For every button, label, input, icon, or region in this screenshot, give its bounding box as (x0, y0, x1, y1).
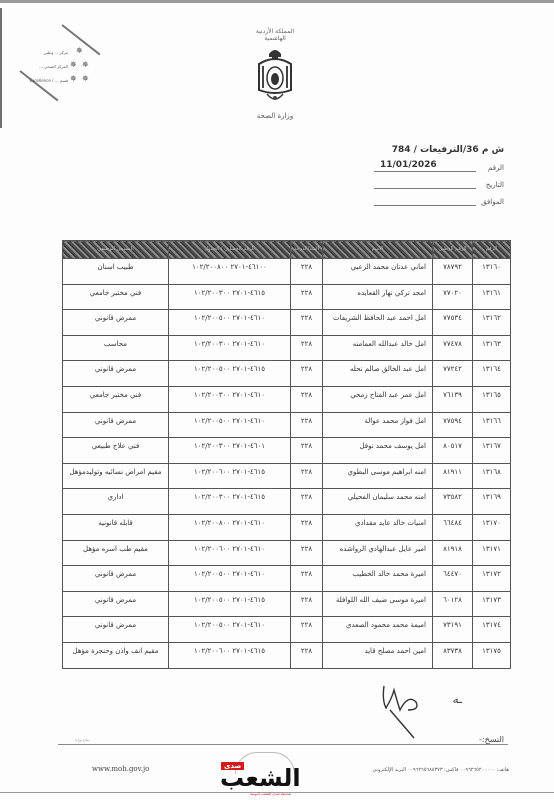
cell-name: امل يوسف محمد نوفل (323, 438, 433, 464)
reference-number: ش م 36/الترفيعات / 784 (374, 145, 504, 155)
document-page: ✵ ✵ ✵ ✵ ✵ مركز ... وطني المركز الصحي ...… (0, 0, 554, 800)
cell-name: امجد تركي نهار القعايده (323, 284, 433, 310)
cell-national-id: ٧٧٢٤٢ (433, 361, 473, 387)
header-title: المسمى الوظيفي (63, 241, 169, 259)
ref-field-label: الرقم (476, 164, 504, 172)
table-row: ١٣١٦٦٧٧٥٩٤امل فواز محمد عوالة٢٢٨٤٦١٠-٢٧٠… (63, 412, 511, 438)
cell-grade: ٢٢٨ (291, 463, 323, 489)
scan-edge (0, 0, 554, 3)
promotions-table: الرقم الرقم الوطني الاسم الفئة/الدرجة ال… (62, 240, 510, 669)
cell-grade: ٢٢٨ (291, 386, 323, 412)
ministry-crest: المملكة الأردنية الهاشمية وزارة الصحة (250, 28, 300, 132)
cell-grade: ٢٢٨ (291, 259, 323, 285)
table-row: ١٣١٧٣٦٠١٢٨اميرة موسى ضيف الله اللوافلة٢٢… (63, 591, 511, 617)
cell-name: امل احمد عبد الحافظ الشريفات (323, 310, 433, 336)
scan-edge (0, 8, 2, 128)
ref-field-label: الموافق (476, 198, 504, 206)
logo-text: المركز الصحي ... (39, 64, 68, 69)
cell-national-id: ٧٣٥٨٢ (433, 489, 473, 515)
cell-grade: ٢٢٨ (291, 438, 323, 464)
cell-national-id: ٨٣٧٣٨ (433, 642, 473, 668)
cell-account: ٤٦١٠-٢٧٠١ ١٠٢/٢٠٠٨٠٠ (169, 514, 291, 540)
cell-job-title: اداري (63, 489, 169, 515)
cell-seq: ١٣١٧١ (473, 540, 511, 566)
cell-account: ٤٦١٠-٢٧٠١ ١٠٢/٢٠٠٥٠٠ (169, 617, 291, 643)
cell-account: ٤٦١٥-٢٧٠١ ١٠٢/٢٠٠٦٠٠ (169, 463, 291, 489)
cell-job-title: ممرض قانوني (63, 566, 169, 592)
cell-grade: ٢٢٨ (291, 540, 323, 566)
ref-field-date-value: 11/01/2026 (380, 160, 437, 170)
cell-name: اميرة محمد خالد الخطيب (323, 566, 433, 592)
cell-national-id: ٨١٩١٨ (433, 540, 473, 566)
cell-national-id: ٦٠١٢٨ (433, 591, 473, 617)
cell-name: اميرة موسى ضيف الله اللوافلة (323, 591, 433, 617)
cell-name: اماني عدنان محمد الزعبي (323, 259, 433, 285)
table-row: ١٣١٧٢٦٤٤٧٠اميرة محمد خالد الخطيب٢٢٨٤٦١٠-… (63, 566, 511, 592)
cell-national-id: ٧٧٥٣٤ (433, 310, 473, 336)
cell-name: امين احمد مصلح قايد (323, 642, 433, 668)
watermark-subtitle: صحيفة صدى الشعب اليومية (250, 792, 291, 796)
cell-seq: ١٣١٦٥ (473, 386, 511, 412)
table-row: ١٣١٦٥٧٦١٣٩امل عمر عبد الفتاح زمحي٢٢٨٤٦١٠… (63, 386, 511, 412)
table-row: ١٣١٧٠٦٦٤٨٤امنيات خالد عايد مقدادي٢٢٨٤٦١٠… (63, 514, 511, 540)
cell-account: ٤٦١٠-٢٧٠١ ١٠٢/٢٠٠٥٠٠ (169, 412, 291, 438)
table-row: ١٣١٧٤٧٣١٩١اميمة محمد محمود الصعدي٢٢٨٤٦١٠… (63, 617, 511, 643)
newspaper-watermark-logo: الشعب صدى صحيفة صدى الشعب اليومية (215, 752, 310, 800)
cell-grade: ٢٢٨ (291, 284, 323, 310)
cell-account: ٤٦١٠-٢٧٠١ ١٠٢/٢٠٠٣٠٠ (169, 386, 291, 412)
cell-job-title: ممرض قانوني (63, 412, 169, 438)
cell-job-title: فني علاج طبيعي (63, 438, 169, 464)
footer-website-link[interactable]: www.moh.gov.jo (92, 765, 149, 773)
cell-national-id: ٦٤٤٧٠ (433, 566, 473, 592)
star-emblem-icon: ✵ (82, 60, 89, 69)
cell-job-title: مقيم امراض نسائيه وتوليدمؤهل (63, 463, 169, 489)
table-row: ١٣١٦٤٧٧٢٤٢امل عبد الخالق صالم نحله٢٢٨٤٦١… (63, 361, 511, 387)
cell-national-id: ٦٦٤٨٤ (433, 514, 473, 540)
cell-seq: ١٣١٦٨ (473, 463, 511, 489)
cell-job-title: مقيم انف واذن وحنجرة مؤهل (63, 642, 169, 668)
logo-text: قسم ... / Excellence (30, 78, 69, 83)
logo-text: مركز ... وطني (44, 50, 68, 55)
jordan-coat-of-arms-icon (255, 46, 295, 106)
cell-job-title: مقيم طب اسره مؤهل (63, 540, 169, 566)
cell-name: امل عمر عبد الفتاح زمحي (323, 386, 433, 412)
cell-seq: ١٣١٧٠ (473, 514, 511, 540)
ref-field-label: التاريخ (476, 181, 504, 189)
cell-grade: ٢٢٨ (291, 566, 323, 592)
cc-label: النسخ:- (479, 735, 504, 744)
reference-block: ش م 36/الترفيعات / 784 الرقم 11/01/2026 … (374, 145, 504, 206)
footer-form-note: نماذج وزارة (75, 738, 89, 742)
cell-national-id: ٧٧٤٧٨ (433, 335, 473, 361)
initials-mark: ـﻪ (452, 692, 462, 706)
cell-name: امل خالد عبدالله العمامنه (323, 335, 433, 361)
cell-national-id: ٧٧٥٩٤ (433, 412, 473, 438)
cell-job-title: فني مختبر جامعي (63, 386, 169, 412)
cell-account: ٤٦١٠-٢٧٠١ ١٠٢/٢٠٠٣٠٠ (169, 335, 291, 361)
cell-national-id: ٧٦١٣٩ (433, 386, 473, 412)
cell-name: امنه محمد سليمان الفحيلي (323, 489, 433, 515)
cell-grade: ٢٢٨ (291, 642, 323, 668)
cell-seq: ١٣١٧٥ (473, 642, 511, 668)
star-emblem-icon: ✵ (82, 74, 89, 83)
ref-field-date: التاريخ (374, 178, 504, 189)
cell-account: ٤٦١٥-٢٧٠١ ١٠٢/٢٠٠٣٠٠ (169, 284, 291, 310)
cell-account: ٤٦١٥-٢٧٠١ ١٠٢/٢٠٠٦٠٠ (169, 642, 291, 668)
cell-seq: ١٣١٦٩ (473, 489, 511, 515)
cell-seq: ١٣١٦١ (473, 284, 511, 310)
cell-seq: ١٣١٧٤ (473, 617, 511, 643)
cell-grade: ٢٢٨ (291, 489, 323, 515)
cell-seq: ١٣١٦٣ (473, 335, 511, 361)
cell-seq: ١٣١٦٦ (473, 412, 511, 438)
cell-account: ٤٦١٥-٢٧٠١ ١٠٢/٢٠٠٥٠٠ (169, 591, 291, 617)
cell-seq: ١٣١٦٢ (473, 310, 511, 336)
table-row: ١٣١٦٣٧٧٤٧٨امل خالد عبدالله العمامنه٢٢٨٤٦… (63, 335, 511, 361)
header-grade: الفئة/الدرجة (291, 241, 323, 259)
cell-grade: ٢٢٨ (291, 514, 323, 540)
cell-grade: ٢٢٨ (291, 617, 323, 643)
cell-national-id: ٨٠٥١٧ (433, 438, 473, 464)
table-row: ١٣١٦٢٧٧٥٣٤امل احمد عبد الحافظ الشريفات٢٢… (63, 310, 511, 336)
table-row: ١٣١٦٨٨١٩١١امنه ابراهيم موسى البطوي٢٢٨٤٦١… (63, 463, 511, 489)
watermark-red-tag: صدى (221, 762, 244, 770)
logo-diagonal-line (19, 70, 58, 101)
cell-job-title: ممرض قانوني (63, 591, 169, 617)
star-emblem-icon: ✵ (70, 74, 77, 83)
cell-grade: ٢٢٨ (291, 310, 323, 336)
table-header-row: الرقم الرقم الوطني الاسم الفئة/الدرجة ال… (63, 241, 511, 259)
table-row: ١٣١٦٩٧٣٥٨٢امنه محمد سليمان الفحيلي٢٢٨٤٦١… (63, 489, 511, 515)
star-emblem-icon: ✵ (70, 60, 77, 69)
table-row: ١٣١٧١٨١٩١٨امير عايل عبدالهادي الرواشده٢٢… (63, 540, 511, 566)
cell-account: ٤٦١٠٠-٢٧٠١ ١٠٢/٢٠٠٨٠٠ (169, 259, 291, 285)
cell-job-title: ممرض قانوني (63, 310, 169, 336)
ref-field-number: الرقم 11/01/2026 (374, 161, 504, 172)
cell-national-id: ٨١٩١١ (433, 463, 473, 489)
cell-account: ٤٦١٠-٢٧٠١ ١٠٢/٢٠٠٥٠٠ (169, 566, 291, 592)
cell-national-id: ٧٣١٩١ (433, 617, 473, 643)
handwritten-signature-icon (372, 680, 452, 740)
table-row: ١٣١٦٠٧٨٧٩٢اماني عدنان محمد الزعبي٢٢٨٤٦١٠… (63, 259, 511, 285)
cell-job-title: ممرض قانوني (63, 617, 169, 643)
cell-account: ٤٦١٠-٢٧٠١ ١٠٢/٢٠٠٥٠٠ (169, 310, 291, 336)
cell-national-id: ٧٧٠٢٠ (433, 284, 473, 310)
cell-grade: ٢٢٨ (291, 335, 323, 361)
cell-job-title: محاسب (63, 335, 169, 361)
cell-account: ٤٦١٥-٢٧٠١ ١٠٢/٢٠٠٣٠٠ (169, 489, 291, 515)
footer-contact: هاتف: ٠٠٩٦٢٦٥٢٠٠٠٠٠ فاكس: ٠٠٩٦٢٦٥٦٨٨٣٧٣ … (372, 767, 509, 773)
cell-name: امير عايل عبدالهادي الرواشده (323, 540, 433, 566)
footer-divider (58, 744, 508, 745)
cell-seq: ١٣١٦٠ (473, 259, 511, 285)
cell-national-id: ٧٨٧٩٢ (433, 259, 473, 285)
cell-seq: ١٣١٧٣ (473, 591, 511, 617)
header-seq: الرقم (473, 241, 511, 259)
header-name: الاسم (323, 241, 433, 259)
cell-grade: ٢٢٨ (291, 591, 323, 617)
ref-field-corresponding: الموافق (374, 195, 504, 206)
star-emblem-icon: ✵ (76, 46, 83, 55)
header-id: الرقم الوطني (433, 241, 473, 259)
cell-seq: ١٣١٦٤ (473, 361, 511, 387)
cell-grade: ٢٢٨ (291, 361, 323, 387)
cell-name: امل عبد الخالق صالم نحله (323, 361, 433, 387)
cell-job-title: فني مختبر جامعي (63, 284, 169, 310)
cell-job-title: قابله قانونيه (63, 514, 169, 540)
cell-account: ٤٦١٠-٢٧٠١ ١٠٢/٢٠٠٦٠٠ (169, 540, 291, 566)
cell-job-title: ممرض قانوني (63, 361, 169, 387)
table-row: ١٣١٦٧٨٠٥١٧امل يوسف محمد نوفل٢٢٨٤٦٠١-٢٧٠١… (63, 438, 511, 464)
header-account: الرقم الحسابي / الجدول (169, 241, 291, 259)
table-row: ١٣١٦١٧٧٠٢٠امجد تركي نهار القعايده٢٢٨٤٦١٥… (63, 284, 511, 310)
cell-name: امنيات خالد عايد مقدادي (323, 514, 433, 540)
cell-job-title: طبيب اسنان (63, 259, 169, 285)
cell-account: ٤٦١٥-٢٧٠١ ١٠٢/٢٠٠٥٠٠ (169, 361, 291, 387)
cell-name: امل فواز محمد عوالة (323, 412, 433, 438)
accreditation-logo: ✵ ✵ ✵ ✵ ✵ مركز ... وطني المركز الصحي ...… (20, 24, 110, 110)
cell-grade: ٢٢٨ (291, 412, 323, 438)
cell-account: ٤٦٠١-٢٧٠١ ١٠٢/٢٠٠٣٠٠ (169, 438, 291, 464)
cell-name: اميمة محمد محمود الصعدي (323, 617, 433, 643)
kingdom-title: المملكة الأردنية الهاشمية (250, 28, 300, 42)
cell-name: امنه ابراهيم موسى البطوي (323, 463, 433, 489)
table-row: ١٣١٧٥٨٣٧٣٨امين احمد مصلح قايد٢٢٨٤٦١٥-٢٧٠… (63, 642, 511, 668)
cell-seq: ١٣١٧٢ (473, 566, 511, 592)
cell-seq: ١٣١٦٧ (473, 438, 511, 464)
ministry-name: وزارة الصحة (250, 112, 300, 120)
